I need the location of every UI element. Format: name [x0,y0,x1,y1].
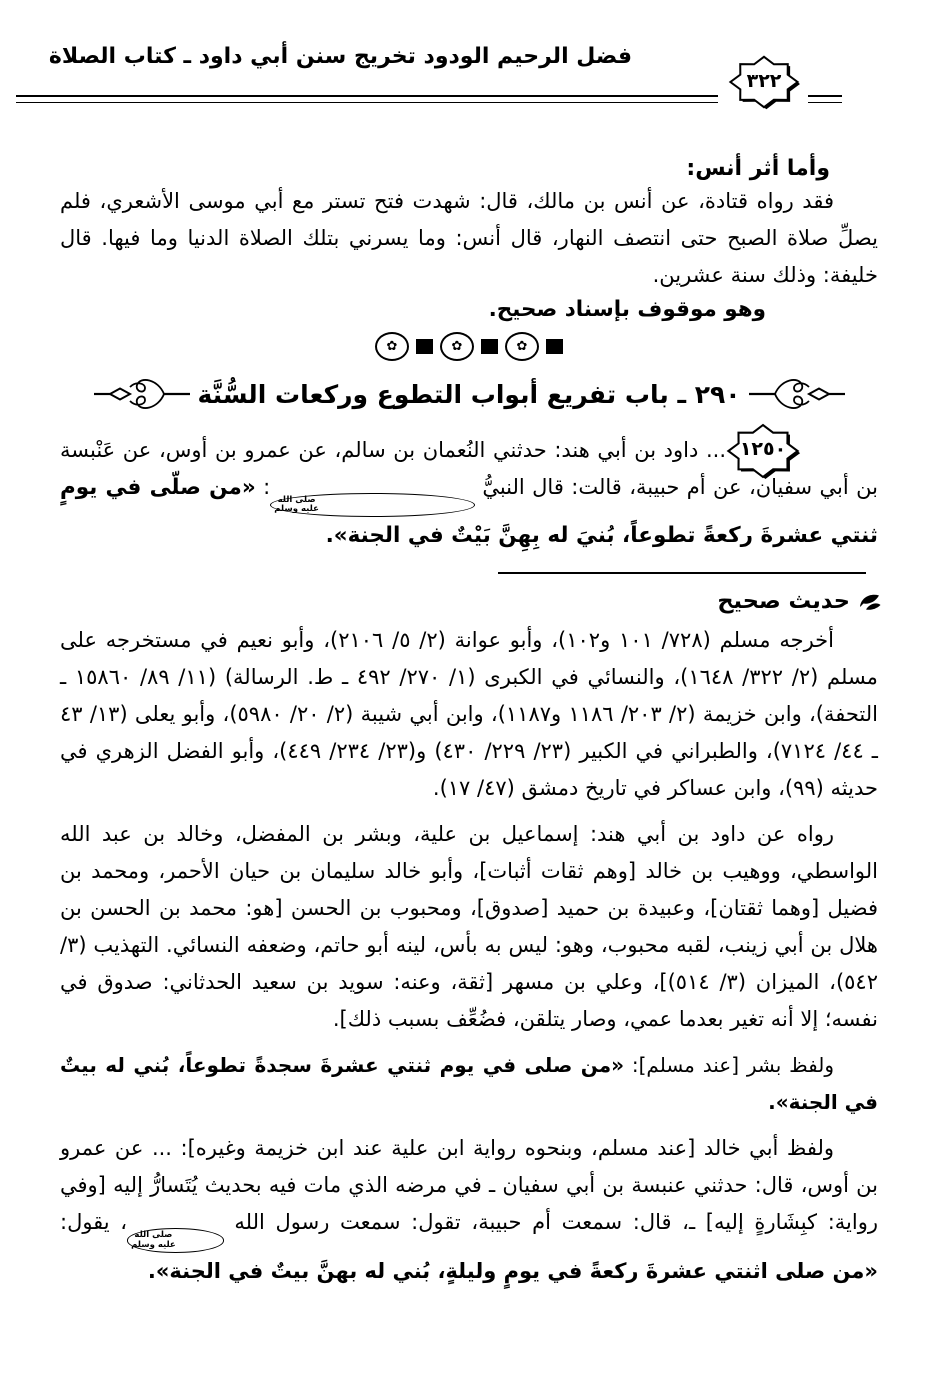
authenticity-note: وهو موقوف بإسناد صحيح. [60,297,766,322]
athar-heading: وأما أثر أنس: [60,156,830,181]
hadith-number: ١٢٥٠ [718,418,808,484]
square-ornament-icon [416,339,433,354]
page-number-badge: ٣٢٢ [722,50,806,114]
narrators-paragraph: رواه عن داود بن أبي هند: إسماعيل بن علية… [60,816,878,1038]
chapter-heading: ٢٩٠ ـ باب تفريع أبواب التطوع وركعات السُ… [198,380,741,409]
header-rule-tick [808,95,842,103]
flourish-icon [92,372,190,416]
isnad-colon: : [256,475,271,499]
flower-ornament-icon: ✿ [440,332,474,361]
grading-label: حديث صحيح [717,588,850,614]
wording-abu-khalid-quote: «من صلى اثنتي عشرةَ ركعةً في يومٍ وليلةٍ… [148,1259,878,1283]
pbuh-bottom: عليه وسلم [274,505,471,514]
hadith-paragraph: ١٢٥٠ ... داود بن أبي هند: حدثني النُعمان… [60,432,878,554]
pbuh-bottom: عليه وسلم [131,1241,220,1250]
header-double-rule [16,95,718,103]
flower-glyph: ✿ [517,340,528,353]
chapter-heading-row: ٢٩٠ ـ باب تفريع أبواب التطوع وركعات السُ… [60,372,878,416]
pbuh-medallion: صلى اللهعليه وسلم [127,1228,224,1252]
page-header: فضل الرحيم الودود تخريج سنن أبي داود ـ ك… [0,0,942,126]
book-page: فضل الرحيم الودود تخريج سنن أبي داود ـ ك… [0,0,942,1376]
square-ornament-icon [481,339,498,354]
wording-abu-khalid-intro: ولفظ أبي خالد [عند مسلم، وبنحوه رواية اب… [60,1136,878,1234]
athar-paragraph: فقد رواه قتادة، عن أنس بن مالك، قال: شهد… [60,183,878,294]
leaf-ornament-icon [858,591,882,611]
wording-abu-khalid-mid: ، يقول: [60,1210,127,1234]
separator-line [498,572,866,574]
flower-glyph: ✿ [452,340,463,353]
square-ornament-icon [546,339,563,354]
flower-ornament-icon: ✿ [505,332,539,361]
section-divider: ✿ ✿ ✿ [60,332,878,360]
flourish-icon [749,372,847,416]
takhrij-paragraph: أخرجه مسلم (٧٢٨/ ١٠١ و١٠٢)، وأبو عوانة (… [60,622,878,807]
flower-ornament-icon: ✿ [375,332,409,361]
running-head-title: فضل الرحيم الودود تخريج سنن أبي داود ـ ك… [64,44,632,69]
grading-heading-row: حديث صحيح [60,588,882,614]
flower-glyph: ✿ [387,340,398,353]
wording-bishr-intro: ولفظ بشر [عند مسلم]: [624,1053,834,1077]
wording-abu-khalid-paragraph: ولفظ أبي خالد [عند مسلم، وبنحوه رواية اب… [60,1130,878,1289]
page-number: ٣٢٢ [722,50,806,114]
wording-bishr-paragraph: ولفظ بشر [عند مسلم]: «من صلى في يوم ثنتي… [60,1047,878,1121]
pbuh-medallion: صلى اللهعليه وسلم [270,493,475,517]
hadith-number-badge: ١٢٥٠ [718,418,808,484]
